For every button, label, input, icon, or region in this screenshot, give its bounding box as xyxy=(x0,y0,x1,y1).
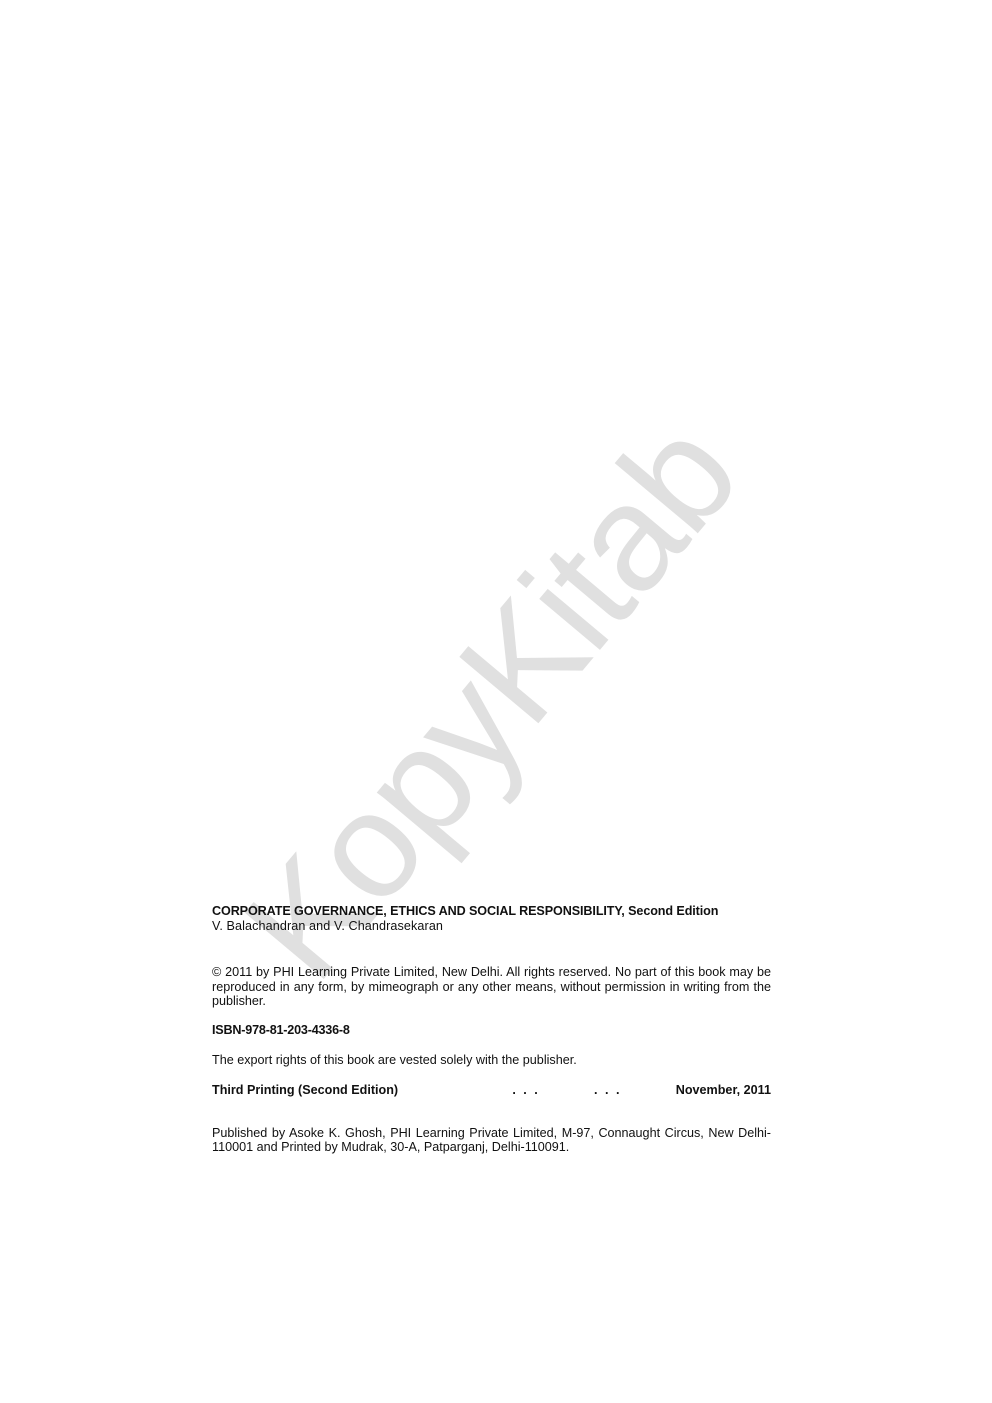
publisher-printer-info: Published by Asoke K. Ghosh, PHI Learnin… xyxy=(212,1126,771,1155)
printing-separator: . . . xyxy=(512,1083,540,1098)
printing-date: November, 2011 xyxy=(676,1083,771,1098)
printing-label: Third Printing (Second Edition) xyxy=(212,1083,398,1098)
copyright-notice: © 2011 by PHI Learning Private Limited, … xyxy=(212,965,771,1009)
book-title-line: CORPORATE GOVERNANCE, ETHICS AND SOCIAL … xyxy=(212,904,771,919)
printing-separator: . . . xyxy=(594,1083,622,1098)
imprint-page: CORPORATE GOVERNANCE, ETHICS AND SOCIAL … xyxy=(212,904,771,1155)
book-authors: V. Balachandran and V. Chandrasekaran xyxy=(212,919,771,934)
book-edition: Second Edition xyxy=(628,904,718,918)
isbn: ISBN-978-81-203-4336-8 xyxy=(212,1023,771,1038)
printing-info: Third Printing (Second Edition) . . . . … xyxy=(212,1083,771,1098)
book-title: CORPORATE GOVERNANCE, ETHICS AND SOCIAL … xyxy=(212,904,625,918)
export-rights: The export rights of this book are veste… xyxy=(212,1053,771,1068)
